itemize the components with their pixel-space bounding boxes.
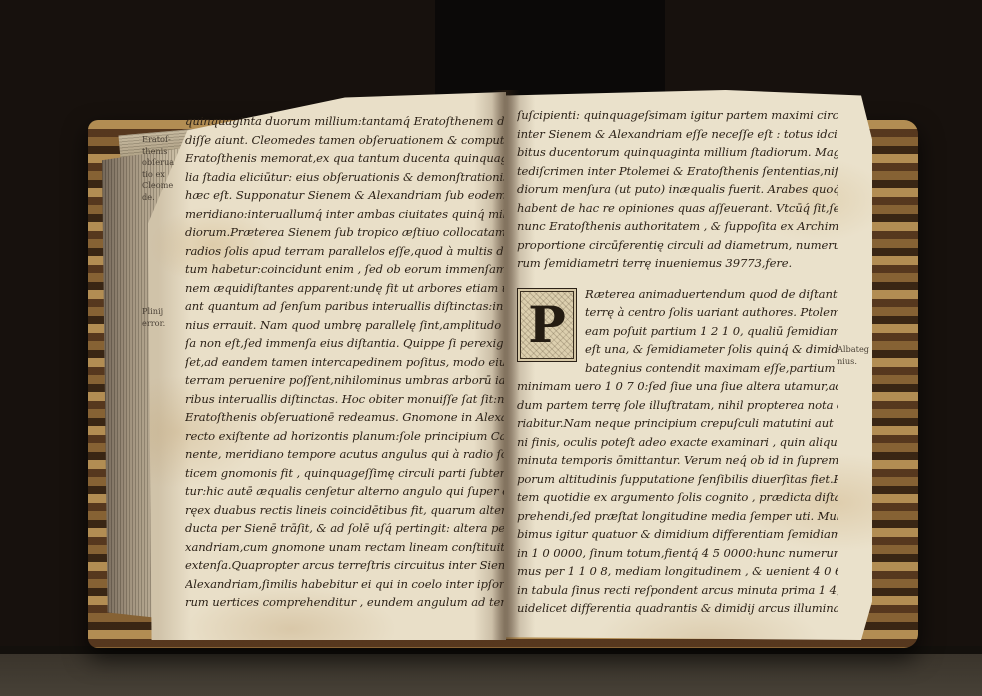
text-line: Eratoſ- <box>142 134 190 146</box>
left-margin-note-eratosthenis: Eratoſ-thenisobſeruatio exCleomede. <box>142 134 190 203</box>
text-line: uidelicet differentia quadrantis & dimid… <box>517 599 838 618</box>
text-line: thenis <box>142 146 190 158</box>
text-line: diorum menſura (ut puto) inæqualis fueri… <box>517 180 838 199</box>
text-line: tediſcrimen inter Ptolemei & Eratoſtheni… <box>517 162 838 181</box>
text-line: ſa non eſt,ſed immenſa eius diſtantia. Q… <box>185 334 504 353</box>
text-line: ni finis, oculis poteſt adeo exacte exam… <box>517 433 838 452</box>
text-line: bimus igitur quatuor & dimidium differen… <box>517 525 838 544</box>
text-line: ant quantum ad ſenſum paribus interualli… <box>185 297 504 316</box>
right-page-paragraph-2-rest: bategnius contendit maximam eſſe,partium… <box>517 359 838 618</box>
text-line: tum habetur:coincidunt enim , ſed ob eor… <box>185 260 504 279</box>
text-line: porum altitudinis ſupputatione ſenſibili… <box>517 470 838 489</box>
text-line: habent de hac re opiniones quas aſſeuera… <box>517 199 838 218</box>
text-line: in tabula ſinus recti reſpondent arcus m… <box>517 581 838 600</box>
text-line: Alexandriam,ſimilis habebitur ei qui in … <box>185 575 504 594</box>
text-line: Cleome <box>142 180 190 192</box>
left-margin-note-plinij-error: Plinijerror. <box>142 306 190 329</box>
text-line: prehendi,ſed præſtat longitudine media ſ… <box>517 507 838 526</box>
text-line: minimam uero 1 0 7 0:ſed ſiue una ſiue a… <box>517 377 838 396</box>
text-line: diſſe aiunt. Cleomedes tamen obſeruation… <box>185 131 504 150</box>
text-line: tur:hic autē æqualis cenſetur alterno an… <box>185 482 504 501</box>
right-page-text: ſuſcipienti: quinquageſsimam igitur part… <box>517 106 838 618</box>
text-line: ręex duabus rectis lineis coincidētibus … <box>185 501 504 520</box>
text-line: nius errauit. Nam quod umbrę parallelę ſ… <box>185 316 504 335</box>
text-line: terrę à centro ſolis uariant authores. P… <box>585 303 838 322</box>
text-line: error. <box>142 318 190 330</box>
text-line: ribus interuallis diſtinctas. Hoc obiter… <box>185 390 504 409</box>
text-line: rum uertices comprehenditur , eundem ang… <box>185 593 504 612</box>
text-line: xandriam,cum gnomone unam rectam lineam … <box>185 538 504 557</box>
text-line: de. <box>142 192 190 204</box>
text-line: tio ex <box>142 169 190 181</box>
text-line: Eratoſthenis obſeruationē redeamus. Gnom… <box>185 408 504 427</box>
right-page-paragraph-1: ſuſcipienti: quinquageſsimam igitur part… <box>517 106 838 273</box>
text-line: recto exiſtente ad horizontis planum:ſol… <box>185 427 504 446</box>
open-book: Eratoſ-thenisobſeruatio exCleomede. Plin… <box>0 0 982 696</box>
text-line: nem æquidiſtantes apparent:undę fit ut a… <box>185 279 504 298</box>
woodcut-initial-p: P <box>517 288 577 362</box>
text-line: radios ſolis apud terram parallelos eſſe… <box>185 242 504 261</box>
text-line: in 1 0 0000, ſinum totum,fientq́ 4 5 000… <box>517 544 838 563</box>
text-line: bitus ducentorum quinquaginta millium ſt… <box>517 143 838 162</box>
text-line: inter Sienem & Alexandriam eſſe neceſſe … <box>517 125 838 144</box>
text-line: mus per 1 1 0 8, mediam longitudinem , &… <box>517 562 838 581</box>
text-line: dum partem terrę ſole illuſtratam, nihil… <box>517 396 838 415</box>
right-margin-note-albategnius: Albategnius. <box>837 344 885 367</box>
text-line: nius. <box>837 356 885 368</box>
text-line: bategnius contendit maximam eſſe,partium… <box>585 359 838 378</box>
text-line: eam poſuit partium 1 2 1 0, qualiū ſemid… <box>585 322 838 341</box>
text-line: Plinij <box>142 306 190 318</box>
text-line: eſt una, & ſemidiameter ſolis quinq́ & d… <box>585 340 838 359</box>
text-line: rum ſemidiametri terrę inueniemus 39773,… <box>517 254 838 273</box>
text-line: Eratoſthenis memorat,ex qua tantum ducen… <box>185 149 504 168</box>
text-line: nunc Eratoſthenis authoritatem , & ſuppo… <box>517 217 838 236</box>
text-line: nente, meridiano tempore acutus angulus … <box>185 445 504 464</box>
text-line: terram peruenire poſſent,nihilominus umb… <box>185 371 504 390</box>
text-line: riabitur.Nam neque principium crepuſculi… <box>517 414 838 433</box>
text-line: Ræterea animaduertendum quod de diſtanti… <box>585 285 838 304</box>
text-line: tem quotidie ex argumento ſolis cognito … <box>517 488 838 507</box>
text-line: quinquaginta duorum millium:tantamq́ Era… <box>185 112 504 131</box>
text-line: ſuſcipienti: quinquageſsimam igitur part… <box>517 106 838 125</box>
text-line: minuta temporis ōmittantur. Verum neq́ o… <box>517 451 838 470</box>
text-line: lia ſtadia eliciūtur: eius obſeruationis… <box>185 168 504 187</box>
left-page-text: quinquaginta duorum millium:tantamq́ Era… <box>185 112 504 612</box>
right-page-paragraph-2: P Ræterea animaduertendum quod de diſtan… <box>517 285 838 618</box>
text-line: meridiano:interuallumq́ inter ambas ciui… <box>185 205 504 224</box>
text-line: Albateg <box>837 344 885 356</box>
text-line: obſerua <box>142 157 190 169</box>
text-line: hæc eſt. Supponatur Sienem & Alexandriam… <box>185 186 504 205</box>
text-line: ſet,ad eandem tamen intercapedinem poſit… <box>185 353 504 372</box>
text-line: extenſa.Quapropter arcus terreſtris circ… <box>185 556 504 575</box>
text-line: diorum.Præterea Sienem ſub tropico æſtiu… <box>185 223 504 242</box>
text-line: proportione circūferentię circuli ad dia… <box>517 236 838 255</box>
text-line: ticem gnomonis fit , quinquageſſimę circ… <box>185 464 504 483</box>
text-line: ducta per Sienē trāſit, & ad ſolē uſq́ p… <box>185 519 504 538</box>
